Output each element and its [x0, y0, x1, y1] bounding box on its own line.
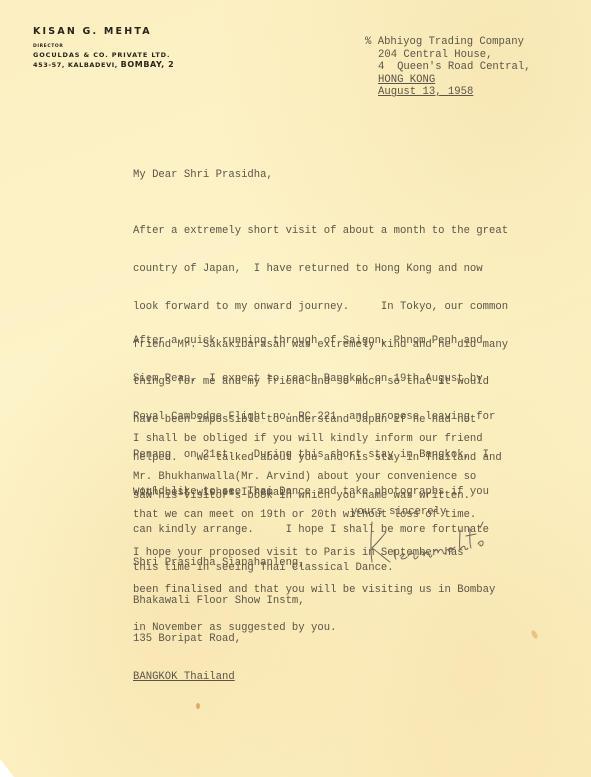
- signature: Kisan mehta: [360, 518, 520, 568]
- salutation: My Dear Shri Prasidha,: [133, 169, 273, 182]
- sender-line: % Abhiyog Trading Company: [365, 36, 531, 49]
- recipient-line: 135 Boripat Road,: [133, 633, 305, 646]
- paragraph-line: I shall be obliged if you will kindly in…: [133, 433, 495, 446]
- paper-stain: [196, 703, 200, 709]
- paragraph-line: After a extremely short visit of about a…: [133, 225, 508, 238]
- letterhead-company: GOCULDAS & CO. PRIVATE LTD.: [33, 51, 174, 59]
- letterhead-city: BOMBAY, 2: [121, 60, 175, 69]
- recipient-line: Shri Prasidha Siapahanleng,: [133, 557, 305, 570]
- closing: With best wishes I remain: [133, 487, 292, 500]
- torn-corner: [0, 759, 14, 777]
- sender-line: 204 Central House,: [365, 49, 531, 62]
- valediction: yours sincerely: [351, 506, 446, 519]
- letterhead-role: DIRECTOR: [33, 44, 174, 49]
- paragraph-line: After a quick running through of Saigon,…: [133, 335, 495, 348]
- sender-city: HONG KONG: [365, 74, 531, 87]
- letter-date: August 13, 1958: [365, 86, 531, 99]
- recipient-address: Shri Prasidha Siapahanleng, Bhakawali Fl…: [133, 532, 305, 696]
- paragraph-line: country of Japan, I have returned to Hon…: [133, 263, 508, 276]
- recipient-city: BANGKOK Thailand: [133, 671, 305, 684]
- recipient-line: Bhakawali Floor Show Instm,: [133, 595, 305, 608]
- sender-line: 4 Queen's Road Central,: [365, 61, 531, 74]
- letterhead-street: 453-57, KALBADEVI,: [33, 61, 118, 69]
- letterhead: KISAN G. MEHTA DIRECTOR GOCULDAS & CO. P…: [33, 26, 174, 69]
- paragraph-line: Mr. Bhukhanwalla(Mr. Arvind) about your …: [133, 471, 495, 484]
- letterhead-name: KISAN G. MEHTA: [33, 26, 174, 37]
- letterhead-address: 453-57, KALBADEVI, BOMBAY, 2: [33, 60, 174, 69]
- sender-address: % Abhiyog Trading Company 204 Central Ho…: [365, 36, 531, 99]
- paragraph-line: Siem Reap. I expect to reach Bangkok on …: [133, 373, 495, 386]
